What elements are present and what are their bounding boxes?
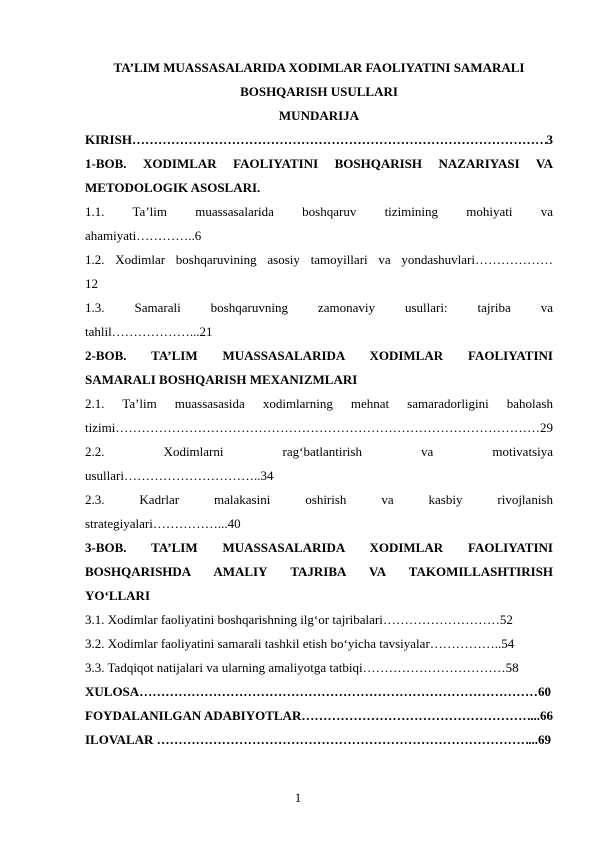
toc-leader [132,128,547,152]
toc-section-1-3-line2[interactable]: tahlil………………...21 [85,320,553,344]
toc-page: 3 [547,128,554,152]
toc-section-1-1-line1[interactable]: 1.1. Ta’lim muassasalarida boshqaruv tiz… [85,200,553,224]
toc-label: 3.2. Xodimlar faoliyatini samarali tashk… [85,632,430,656]
toc-label: 3.1. Xodimlar faoliyatini boshqarishning… [85,608,383,632]
toc-section-2-3-line2[interactable]: strategiyalari……………...40 [85,512,553,536]
toc-leader: …………………………… [363,656,506,680]
toc-section-1-2-line1[interactable]: 1.2. Xodimlar boshqaruvining asosiy tamo… [85,248,553,272]
toc-section-1-3-line1[interactable]: 1.3. Samarali boshqaruvning zamonaviy us… [85,296,553,320]
toc-leader [157,728,529,752]
toc-entry-ilovalar[interactable]: ILOVALAR ...69 [85,728,551,752]
toc-leader [301,704,530,728]
document-page: TA’LIM MUASSASALARIDA XODIMLAR FAOLIYATI… [85,56,553,752]
toc-leader: …………….. [430,632,502,656]
toc-page: 29 [540,416,553,440]
toc-section-2-2-line1[interactable]: 2.2. Xodimlarni rag‘batlantirish va moti… [85,440,553,464]
toc-heading: MUNDARIJA [85,104,553,128]
toc-chapter-2-line1[interactable]: 2-BOB. TA’LIM MUASSASALARIDA XODIMLAR FA… [85,344,553,368]
toc-label: ILOVALAR [85,728,157,752]
toc-page: 60 [538,680,551,704]
toc-label: 3.3. Tadqiqot natijalari va ularning ama… [85,656,363,680]
toc-page: 54 [501,632,514,656]
toc-leader: ……………………… [383,608,500,632]
toc-label: FOYDALANILGAN ADABIYOTLAR [85,704,301,728]
toc-section-2-1-line2[interactable]: tizimi 29 [85,416,553,440]
toc-chapter-3-line1[interactable]: 3-BOB. TA’LIM MUASSASALARIDA XODIMLAR FA… [85,536,553,560]
toc-section-1-2-line2[interactable]: 12 [85,272,553,296]
toc-page: ...69 [528,728,551,752]
toc-section-2-3-line1[interactable]: 2.3. Kadrlar malakasini oshirish va kasb… [85,488,553,512]
toc-chapter-3-line3[interactable]: YO‘LLARI [85,584,553,608]
toc-section-2-1-line1[interactable]: 2.1. Ta’lim muassasasida xodimlarning me… [85,392,553,416]
toc-section-1-1-line2[interactable]: ahamiyati…………..6 [85,224,553,248]
toc-label: KIRISH [85,128,132,152]
toc-label: XULOSA [85,680,139,704]
document-title-line2: BOSHQARISH USULLARI [85,80,553,104]
toc-entry-xulosa[interactable]: XULOSA 60 [85,680,551,704]
toc-section-3-2[interactable]: 3.2. Xodimlar faoliyatini samarali tashk… [85,632,553,656]
toc-entry-adabiyotlar[interactable]: FOYDALANILGAN ADABIYOTLAR ...66 [85,704,553,728]
toc-section-3-3[interactable]: 3.3. Tadqiqot natijalari va ularning ama… [85,656,553,680]
toc-chapter-3-line2[interactable]: BOSHQARISHDA AMALIY TAJRIBA VA TAKOMILLA… [85,560,553,584]
toc-leader [139,680,538,704]
toc-page: 58 [506,656,519,680]
toc-leader [115,416,540,440]
page-number: 1 [0,790,596,806]
toc-page: ...66 [530,704,553,728]
toc-section-3-1[interactable]: 3.1. Xodimlar faoliyatini boshqarishning… [85,608,553,632]
toc-chapter-1-line1[interactable]: 1-BOB. XODIMLAR FAOLIYATINI BOSHQARISH N… [85,152,553,176]
toc-entry-kirish[interactable]: KIRISH 3 [85,128,553,152]
toc-label: tizimi [85,416,115,440]
toc-page: 52 [500,608,513,632]
toc-chapter-1-line2[interactable]: METODOLOGIK ASOSLARI. [85,176,553,200]
toc-section-2-2-line2[interactable]: usullari…………………………..34 [85,464,553,488]
document-title-line1: TA’LIM MUASSASALARIDA XODIMLAR FAOLIYATI… [85,56,553,80]
toc-chapter-2-line2[interactable]: SAMARALI BOSHQARISH MEXANIZMLARI [85,368,553,392]
